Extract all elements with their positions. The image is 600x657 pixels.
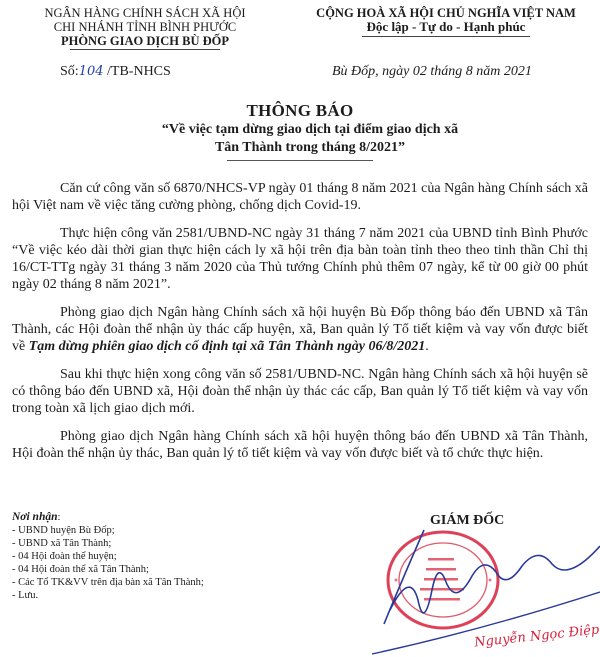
paragraph-3-end: . <box>425 339 429 354</box>
paragraph-5: Phòng giao dịch Ngân hàng Chính sách xã … <box>12 428 588 462</box>
paragraph-1: Căn cứ công văn số 6870/NHCS-VP ngày 01 … <box>12 180 588 214</box>
document-subtitle: “Về việc tạm dừng giao dịch tại điểm gia… <box>40 121 580 157</box>
paragraph-3: Phòng giao dịch Ngân hàng Chính sách xã … <box>12 304 588 355</box>
recipient-item: - Lưu. <box>12 589 204 602</box>
national-title: CỘNG HOÀ XÃ HỘI CHỦ NGHĨA VIỆT NAM <box>292 6 600 20</box>
recipients-list: - UBND huyện Bù Đốp; - UBND xã Tân Thành… <box>12 524 204 602</box>
paragraph-4: Sau khi thực hiện xong công văn số 2581/… <box>12 366 588 417</box>
recipient-item: - Các Tổ TK&VV trên địa bàn xã Tân Thành… <box>12 576 204 589</box>
recipients-colon: : <box>57 512 60 523</box>
issuing-agency-header: NGÂN HÀNG CHÍNH SÁCH XÃ HỘI CHI NHÁNH TỈ… <box>0 6 290 50</box>
recipient-item: - 04 Hội đoàn thể xã Tân Thành; <box>12 563 204 576</box>
doc-number-prefix: Số: <box>60 64 79 79</box>
recipient-item: - UBND xã Tân Thành; <box>12 537 204 550</box>
subtitle-line-1: “Về việc tạm dừng giao dịch tại điểm gia… <box>40 121 580 139</box>
document-date: Bù Đốp, ngày 02 tháng 8 năm 2021 <box>332 64 532 80</box>
national-header: CỘNG HOÀ XÃ HỘI CHỦ NGHĨA VIỆT NAM Độc l… <box>292 6 600 37</box>
recipients-title: Nơi nhận <box>12 511 57 523</box>
subtitle-underline <box>227 160 373 161</box>
recipients-block: Nơi nhận: - UBND huyện Bù Đốp; - UBND xã… <box>12 511 204 602</box>
subtitle-line-2: Tân Thành trong tháng 8/2021” <box>40 139 580 157</box>
recipient-item: - 04 Hội đoàn thể huyện; <box>12 550 204 563</box>
paragraph-2: Thực hiện công văn 2581/UBND-NC ngày 31 … <box>12 225 588 293</box>
agency-line-1: NGÂN HÀNG CHÍNH SÁCH XÃ HỘI <box>0 6 290 20</box>
doc-number-handwritten: 104 <box>79 64 104 79</box>
doc-number-suffix: /TB-NHCS <box>104 64 171 79</box>
agency-line-3: PHÒNG GIAO DỊCH BÙ ĐỐP <box>0 34 290 48</box>
paragraph-3-emphasis: Tạm dừng phiên giao dịch cố định tại xã … <box>29 339 426 354</box>
recipient-item: - UBND huyện Bù Đốp; <box>12 524 204 537</box>
document-body: Căn cứ công văn số 6870/NHCS-VP ngày 01 … <box>12 180 588 473</box>
agency-underline <box>70 49 220 50</box>
document-number: Số:104 /TB-NHCS <box>60 64 171 80</box>
motto-underline <box>362 36 530 37</box>
agency-line-2: CHI NHÁNH TỈNH BÌNH PHƯỚC <box>0 20 290 34</box>
document-title: THÔNG BÁO <box>0 101 600 121</box>
national-motto: Độc lập - Tự do - Hạnh phúc <box>292 20 600 34</box>
